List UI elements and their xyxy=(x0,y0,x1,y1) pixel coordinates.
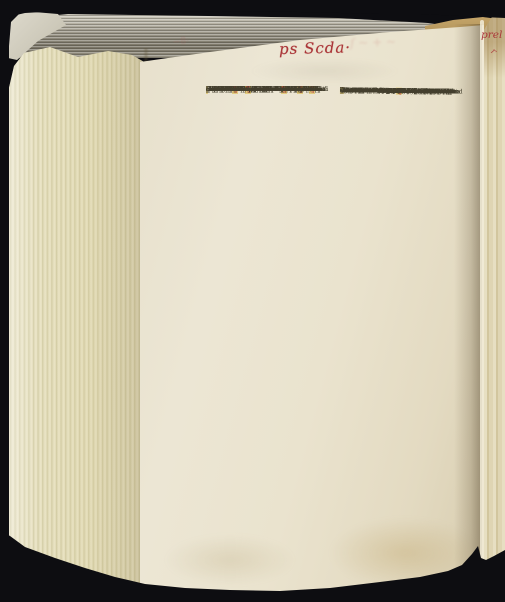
text-line: furcia uincula petatur ergo q renuntiat xyxy=(206,86,321,94)
text-line: tunc non poteſt -in pre-c-ſi diligenti- … xyxy=(340,87,454,96)
page-stack-fore-edge xyxy=(8,40,146,600)
book-photograph: ſ ~ + ~ −8· ps Scda· prel r Senatuſconſu… xyxy=(0,0,505,602)
gutter-shadow xyxy=(454,24,482,590)
gutter-fold-highlight xyxy=(480,20,484,586)
rubric-heading: ps Scda· xyxy=(279,38,369,58)
page-stain xyxy=(165,535,295,585)
margin-note: prel xyxy=(481,29,502,41)
facing-page-edge xyxy=(484,8,505,592)
page-smudge xyxy=(250,58,400,84)
pencil-mark: −8· xyxy=(173,36,190,48)
background-left xyxy=(0,0,9,602)
page-surface xyxy=(140,22,484,602)
